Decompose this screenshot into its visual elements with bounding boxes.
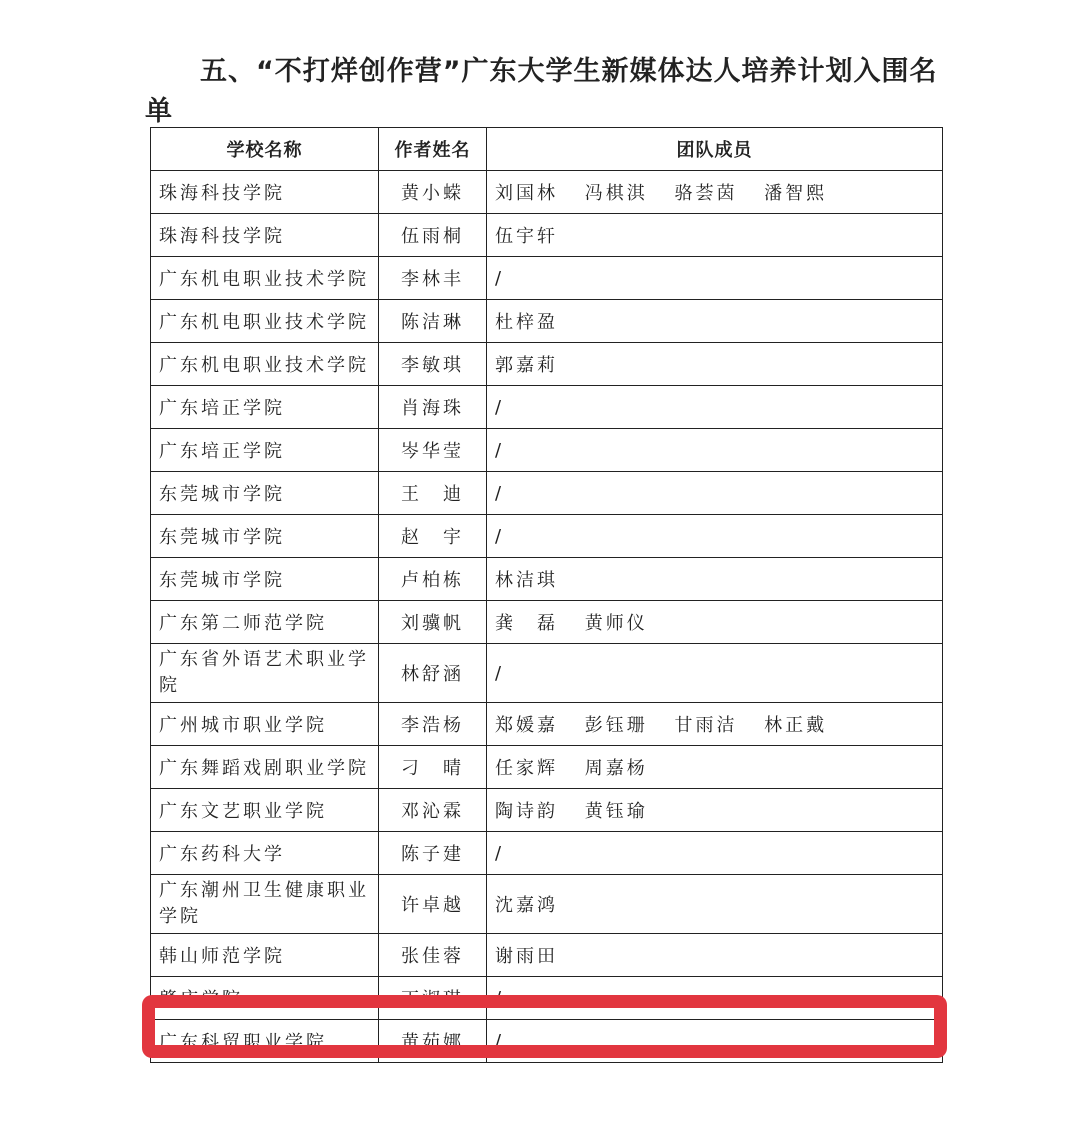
members-cell: / — [487, 386, 943, 429]
table-row: 广东省外语艺术职业学院林舒涵/ — [151, 644, 943, 703]
author-cell: 李浩杨 — [379, 703, 487, 746]
school-cell: 广东第二师范学院 — [151, 601, 379, 644]
members-cell: 伍宇轩 — [487, 214, 943, 257]
school-cell: 东莞城市学院 — [151, 515, 379, 558]
table-row: 东莞城市学院卢柏栋林洁琪 — [151, 558, 943, 601]
author-cell: 陈子建 — [379, 832, 487, 875]
school-cell: 广州城市职业学院 — [151, 703, 379, 746]
table-row: 东莞城市学院赵 宇/ — [151, 515, 943, 558]
school-cell: 广东机电职业技术学院 — [151, 257, 379, 300]
members-cell: / — [487, 429, 943, 472]
header-author: 作者姓名 — [379, 128, 487, 171]
school-cell: 广东培正学院 — [151, 429, 379, 472]
table-row: 珠海科技学院黄小蝾刘国林 冯棋淇 骆荟茵 潘智熙 — [151, 171, 943, 214]
members-cell: 杜梓盈 — [487, 300, 943, 343]
author-cell: 李敏琪 — [379, 343, 487, 386]
author-cell: 许卓越 — [379, 875, 487, 934]
members-cell: 任家辉 周嘉杨 — [487, 746, 943, 789]
school-cell: 珠海科技学院 — [151, 214, 379, 257]
red-highlight-box — [142, 995, 947, 1058]
table-row: 韩山师范学院张佳蓉谢雨田 — [151, 934, 943, 977]
members-cell: 陶诗韵 黄钰瑜 — [487, 789, 943, 832]
author-cell: 刁 晴 — [379, 746, 487, 789]
members-cell: / — [487, 644, 943, 703]
author-cell: 黄小蝾 — [379, 171, 487, 214]
members-cell: / — [487, 257, 943, 300]
author-cell: 王 迪 — [379, 472, 487, 515]
school-cell: 广东潮州卫生健康职业学院 — [151, 875, 379, 934]
school-cell: 珠海科技学院 — [151, 171, 379, 214]
header-school: 学校名称 — [151, 128, 379, 171]
author-cell: 刘骥帆 — [379, 601, 487, 644]
school-cell: 东莞城市学院 — [151, 558, 379, 601]
school-cell: 广东药科大学 — [151, 832, 379, 875]
school-cell: 广东机电职业技术学院 — [151, 343, 379, 386]
author-cell: 岑华莹 — [379, 429, 487, 472]
members-cell: 郑媛嘉 彭钰珊 甘雨洁 林正戴 — [487, 703, 943, 746]
table-row: 广州城市职业学院李浩杨郑媛嘉 彭钰珊 甘雨洁 林正戴 — [151, 703, 943, 746]
author-cell: 李林丰 — [379, 257, 487, 300]
table-row: 广东文艺职业学院邓沁霖陶诗韵 黄钰瑜 — [151, 789, 943, 832]
school-cell: 广东省外语艺术职业学院 — [151, 644, 379, 703]
table-row: 广东机电职业技术学院陈洁琳杜梓盈 — [151, 300, 943, 343]
author-cell: 邓沁霖 — [379, 789, 487, 832]
author-cell: 赵 宇 — [379, 515, 487, 558]
author-cell: 林舒涵 — [379, 644, 487, 703]
members-cell: 林洁琪 — [487, 558, 943, 601]
school-cell: 广东机电职业技术学院 — [151, 300, 379, 343]
author-cell: 张佳蓉 — [379, 934, 487, 977]
table-row: 广东机电职业技术学院李林丰/ — [151, 257, 943, 300]
table-row: 广东药科大学陈子建/ — [151, 832, 943, 875]
author-cell: 伍雨桐 — [379, 214, 487, 257]
author-cell: 卢柏栋 — [379, 558, 487, 601]
school-cell: 东莞城市学院 — [151, 472, 379, 515]
header-members: 团队成员 — [487, 128, 943, 171]
table-row: 广东第二师范学院刘骥帆龚 磊 黄师仪 — [151, 601, 943, 644]
shortlist-table: 学校名称 作者姓名 团队成员 珠海科技学院黄小蝾刘国林 冯棋淇 骆荟茵 潘智熙 … — [150, 127, 943, 1063]
members-cell: 郭嘉莉 — [487, 343, 943, 386]
members-cell: / — [487, 472, 943, 515]
author-cell: 肖海珠 — [379, 386, 487, 429]
table-row: 珠海科技学院伍雨桐伍宇轩 — [151, 214, 943, 257]
members-cell: / — [487, 832, 943, 875]
author-cell: 陈洁琳 — [379, 300, 487, 343]
table-row: 东莞城市学院王 迪/ — [151, 472, 943, 515]
members-cell: 谢雨田 — [487, 934, 943, 977]
members-cell: / — [487, 515, 943, 558]
members-cell: 沈嘉鸿 — [487, 875, 943, 934]
table-row: 广东培正学院岑华莹/ — [151, 429, 943, 472]
school-cell: 广东舞蹈戏剧职业学院 — [151, 746, 379, 789]
school-cell: 广东文艺职业学院 — [151, 789, 379, 832]
members-cell: 龚 磊 黄师仪 — [487, 601, 943, 644]
members-cell: 刘国林 冯棋淇 骆荟茵 潘智熙 — [487, 171, 943, 214]
table-row: 广东潮州卫生健康职业学院许卓越沈嘉鸿 — [151, 875, 943, 934]
table-row: 广东机电职业技术学院李敏琪郭嘉莉 — [151, 343, 943, 386]
table-row: 广东舞蹈戏剧职业学院刁 晴任家辉 周嘉杨 — [151, 746, 943, 789]
school-cell: 广东培正学院 — [151, 386, 379, 429]
document-title: 五、“不打烊创作营”广东大学生新媒体达人培养计划入围名单 — [145, 52, 945, 132]
school-cell: 韩山师范学院 — [151, 934, 379, 977]
table-header-row: 学校名称 作者姓名 团队成员 — [151, 128, 943, 171]
table-row: 广东培正学院肖海珠/ — [151, 386, 943, 429]
